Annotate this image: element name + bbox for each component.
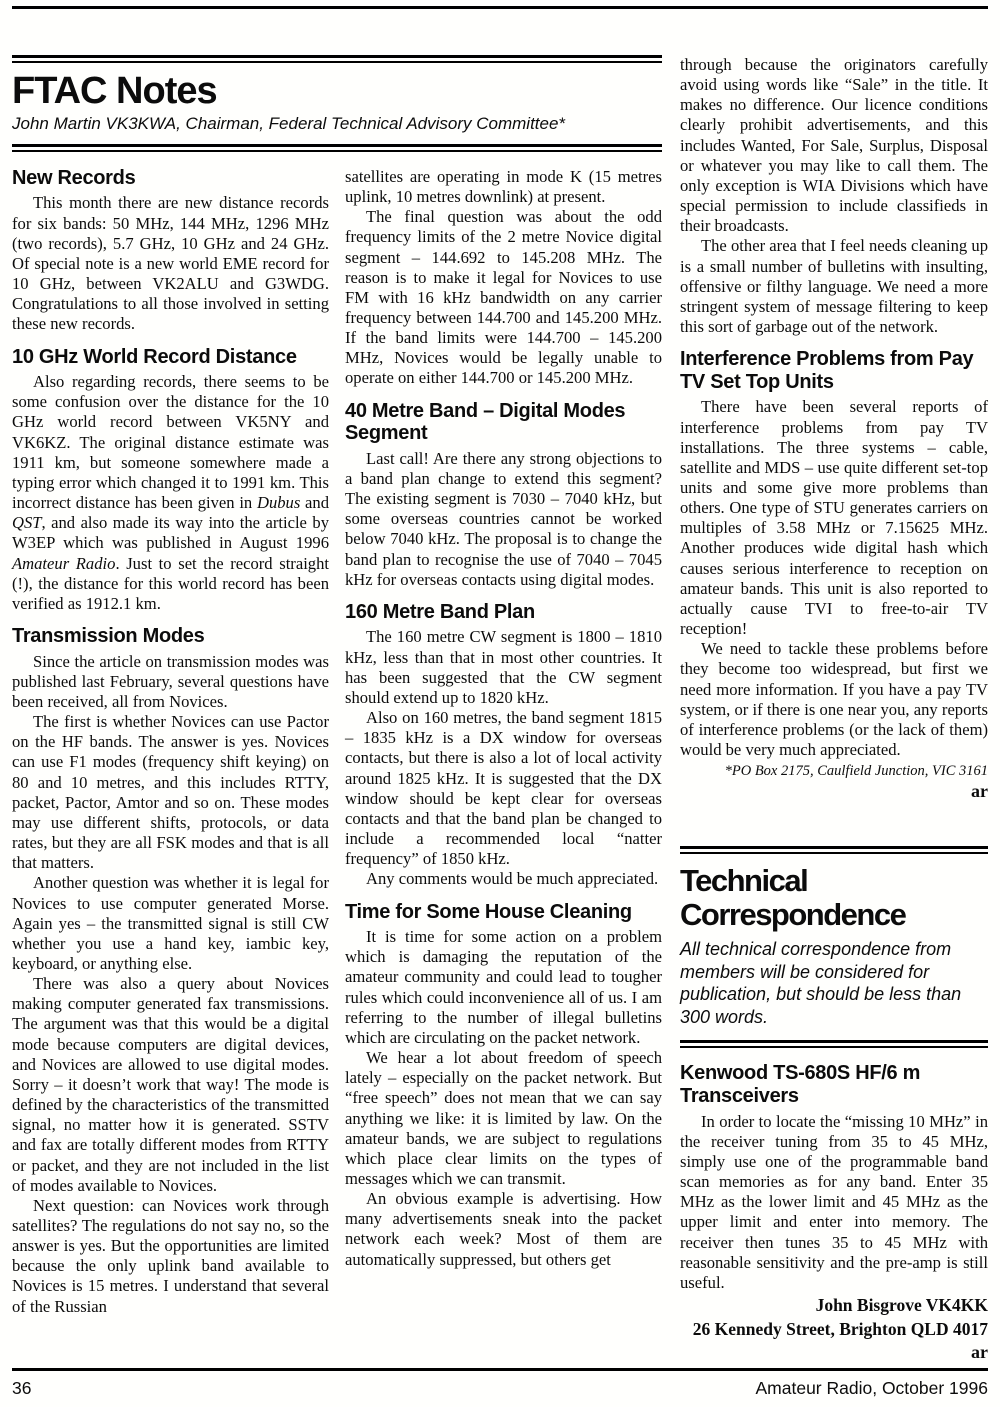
section-heading-transmission-modes: Transmission Modes <box>12 625 329 648</box>
paragraph: An obvious example is advertising. How m… <box>345 1189 662 1270</box>
signature-address: 26 Kennedy Street, Brighton QLD 4017 <box>680 1319 988 1341</box>
header-double-rule-bottom <box>12 144 662 152</box>
column-3: through because the originators carefull… <box>680 55 988 1363</box>
page-footer: 36 Amateur Radio, October 1996 <box>12 1368 988 1399</box>
journal-title: Amateur Radio, October 1996 <box>756 1378 989 1399</box>
article-byline: John Martin VK3KWA, Chairman, Federal Te… <box>12 114 662 134</box>
article-end-mark: ar <box>680 1342 988 1363</box>
paragraph: satellites are operating in mode K (15 m… <box>345 167 662 207</box>
ftac-header: FTAC Notes John Martin VK3KWA, Chairman,… <box>12 55 662 152</box>
article-title: FTAC Notes <box>12 72 662 112</box>
footnote-address: *PO Box 2175, Caulfield Junction, VIC 31… <box>680 763 988 780</box>
paragraph: Next question: can Novices work through … <box>12 1196 329 1317</box>
ftac-article: FTAC Notes John Martin VK3KWA, Chairman,… <box>12 55 662 1363</box>
page-top-rule <box>12 6 988 9</box>
section-heading-pay-tv-interference: Interference Problems from Pay TV Set To… <box>680 348 988 393</box>
signature-name: John Bisgrove VK4KK <box>680 1295 988 1317</box>
paragraph: Since the article on transmission modes … <box>12 652 329 712</box>
page-content: FTAC Notes John Martin VK3KWA, Chairman,… <box>12 55 988 1363</box>
ftac-columns: New Records This month there are new dis… <box>12 167 662 1317</box>
tc-double-rule-top <box>680 846 988 854</box>
paragraph: Last call! Are there any strong objectio… <box>345 449 662 590</box>
magazine-page: FTAC Notes John Martin VK3KWA, Chairman,… <box>0 0 1000 1407</box>
paragraph: through because the originators carefull… <box>680 55 988 236</box>
tc-title: Technical Correspondence <box>680 864 988 932</box>
article-end-mark: ar <box>680 781 988 802</box>
tc-intro: All technical correspondence from member… <box>680 938 988 1028</box>
tc-kenwood-section: Kenwood TS-680S HF/6 m Transceivers In o… <box>680 1062 988 1362</box>
paragraph: There was also a query about Novices mak… <box>12 974 329 1196</box>
paragraph: It is time for some action on a problem … <box>345 927 662 1048</box>
paragraph: Any comments would be much appreciated. <box>345 869 662 889</box>
paragraph: The first is whether Novices can use Pac… <box>12 712 329 873</box>
section-heading-10ghz-record: 10 GHz World Record Distance <box>12 346 329 369</box>
paragraph: The other area that I feel needs cleanin… <box>680 236 988 337</box>
paragraph: In order to locate the “missing 10 MHz” … <box>680 1112 988 1293</box>
column-2: satellites are operating in mode K (15 m… <box>345 167 662 1317</box>
paragraph: We hear a lot about freedom of speech la… <box>345 1048 662 1189</box>
section-heading-new-records: New Records <box>12 167 329 190</box>
technical-correspondence-article: Technical Correspondence All technical c… <box>680 846 988 1363</box>
page-number: 36 <box>12 1378 31 1399</box>
paragraph: Also on 160 metres, the band segment 181… <box>345 708 662 869</box>
paragraph: Also regarding records, there seems to b… <box>12 372 329 614</box>
paragraph: We need to tackle these problems before … <box>680 639 988 760</box>
header-double-rule-top <box>12 55 662 63</box>
section-heading-house-cleaning: Time for Some House Cleaning <box>345 901 662 924</box>
section-heading-40m-digital: 40 Metre Band – Digital Modes Segment <box>345 400 662 445</box>
paragraph: The final question was about the odd fre… <box>345 207 662 388</box>
tc-double-rule-bottom <box>680 1040 988 1048</box>
section-heading-160m-band-plan: 160 Metre Band Plan <box>345 601 662 624</box>
column-1: New Records This month there are new dis… <box>12 167 329 1317</box>
paragraph: The 160 metre CW segment is 1800 – 1810 … <box>345 627 662 708</box>
paragraph: This month there are new distance record… <box>12 193 329 334</box>
paragraph: Another question was whether it is legal… <box>12 873 329 974</box>
paragraph: There have been several reports of inter… <box>680 397 988 639</box>
section-heading-kenwood: Kenwood TS-680S HF/6 m Transceivers <box>680 1062 988 1107</box>
